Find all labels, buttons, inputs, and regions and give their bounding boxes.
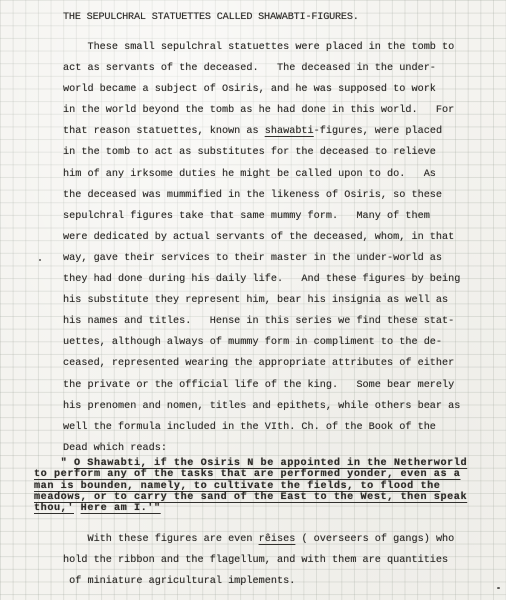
text-line: hold the ribbon and the flagellum, and w… bbox=[63, 550, 454, 571]
text-segment: well the formula included in the VIth. C… bbox=[63, 422, 436, 433]
text-segment: his substitute they represent him, bear … bbox=[63, 295, 448, 306]
text-line: uettes, although always of mummy form in… bbox=[63, 332, 460, 353]
text-line: to perform any of the tasks that are per… bbox=[34, 469, 467, 480]
paragraph-main: These small sepulchral statuettes were p… bbox=[63, 37, 460, 459]
underlined-text: Here am I.'" bbox=[81, 503, 161, 514]
text-line: his names and titles. Hense in this seri… bbox=[63, 311, 460, 332]
text-segment: in the tomb to act as substitutes for th… bbox=[63, 147, 436, 158]
underlined-text: shawabti bbox=[265, 126, 314, 137]
text-segment: way, gave their services to their master… bbox=[63, 253, 442, 264]
text-line: Dead which reads: bbox=[63, 438, 460, 459]
underlined-text: man is bounden, namely, to cultivate the… bbox=[34, 481, 440, 492]
text-line: in the tomb to act as substitutes for th… bbox=[63, 142, 460, 163]
text-line: that reason statuettes, known as shawabt… bbox=[63, 121, 460, 142]
text-segment: the private or the official life of the … bbox=[63, 380, 454, 391]
text-segment: of miniature agricultural implements. bbox=[63, 576, 295, 587]
text-segment: act as servants of the deceased. The dec… bbox=[63, 63, 436, 74]
text-segment bbox=[74, 503, 81, 514]
text-line: his substitute they represent him, bear … bbox=[63, 290, 460, 311]
text-line: ceased, represented wearing the appropri… bbox=[63, 353, 460, 374]
text-line: These small sepulchral statuettes were p… bbox=[63, 37, 460, 58]
text-line: him of any irksome duties he might be ca… bbox=[63, 164, 460, 185]
text-segment: uettes, although always of mummy form in… bbox=[63, 337, 442, 348]
text-segment: him of any irksome duties he might be ca… bbox=[63, 169, 436, 180]
text-segment: the deceased was mummified in the likene… bbox=[63, 190, 442, 201]
underlined-text: to perform any of the tasks that are per… bbox=[34, 469, 460, 480]
text-line: well the formula included in the VIth. C… bbox=[63, 417, 460, 438]
ink-speck bbox=[497, 587, 500, 589]
text-line: " O Shawabti, if the Osiris N be appoint… bbox=[34, 458, 467, 469]
underlined-text: meadows, or to carry the sand of the Eas… bbox=[34, 492, 467, 503]
text-line: the private or the official life of the … bbox=[63, 375, 460, 396]
text-line: in the world beyond the tomb as he had d… bbox=[63, 100, 460, 121]
text-segment: they had done during his daily life. And… bbox=[63, 274, 460, 285]
text-line: way, gave their services to their master… bbox=[63, 248, 460, 269]
ink-speck bbox=[39, 259, 41, 261]
document-page: THE SEPULCHRAL STATUETTES CALLED SHAWABT… bbox=[0, 0, 506, 600]
paragraph-closing: With these figures are even rêises ( ove… bbox=[63, 529, 454, 592]
underlined-text: thou,' bbox=[34, 503, 74, 514]
text-line: world became a subject of Osiris, and he… bbox=[63, 79, 460, 100]
text-segment: hold the ribbon and the flagellum, and w… bbox=[63, 555, 448, 566]
text-segment: that reason statuettes, known as bbox=[63, 126, 265, 137]
text-line: the deceased was mummified in the likene… bbox=[63, 185, 460, 206]
text-segment: These small sepulchral statuettes were p… bbox=[63, 42, 454, 53]
text-line: his prenomen and nomen, titles and epith… bbox=[63, 396, 460, 417]
text-segment: With these figures are even bbox=[63, 534, 259, 545]
text-line: thou,' Here am I.'" bbox=[34, 503, 467, 514]
text-segment: Dead which reads: bbox=[63, 443, 167, 454]
text-line: man is bounden, namely, to cultivate the… bbox=[34, 481, 467, 492]
quote-block-book-of-the-dead: " O Shawabti, if the Osiris N be appoint… bbox=[34, 458, 467, 514]
text-line: of miniature agricultural implements. bbox=[63, 571, 454, 592]
text-segment: his prenomen and nomen, titles and epith… bbox=[63, 401, 460, 412]
text-segment: -figures, were placed bbox=[314, 126, 442, 137]
document-title: THE SEPULCHRAL STATUETTES CALLED SHAWABT… bbox=[63, 11, 359, 25]
text-line: sepulchral figures take that same mummy … bbox=[63, 206, 460, 227]
text-segment: world became a subject of Osiris, and he… bbox=[63, 84, 436, 95]
text-line: meadows, or to carry the sand of the Eas… bbox=[34, 492, 467, 503]
text-segment: were dedicated by actual servants of the… bbox=[63, 232, 454, 243]
underlined-text: rêises bbox=[259, 534, 296, 545]
text-segment: his names and titles. Hense in this seri… bbox=[63, 316, 454, 327]
text-segment: in the world beyond the tomb as he had d… bbox=[63, 105, 454, 116]
text-segment: " bbox=[34, 458, 74, 469]
text-segment: ( overseers of gangs) who bbox=[295, 534, 454, 545]
text-segment: sepulchral figures take that same mummy … bbox=[63, 211, 430, 222]
text-line: were dedicated by actual servants of the… bbox=[63, 227, 460, 248]
underlined-text: O Shawabti, if the Osiris N be appointed… bbox=[74, 458, 467, 469]
text-line: they had done during his daily life. And… bbox=[63, 269, 460, 290]
text-segment: ceased, represented wearing the appropri… bbox=[63, 358, 454, 369]
text-line: With these figures are even rêises ( ove… bbox=[63, 529, 454, 550]
text-line: act as servants of the deceased. The dec… bbox=[63, 58, 460, 79]
